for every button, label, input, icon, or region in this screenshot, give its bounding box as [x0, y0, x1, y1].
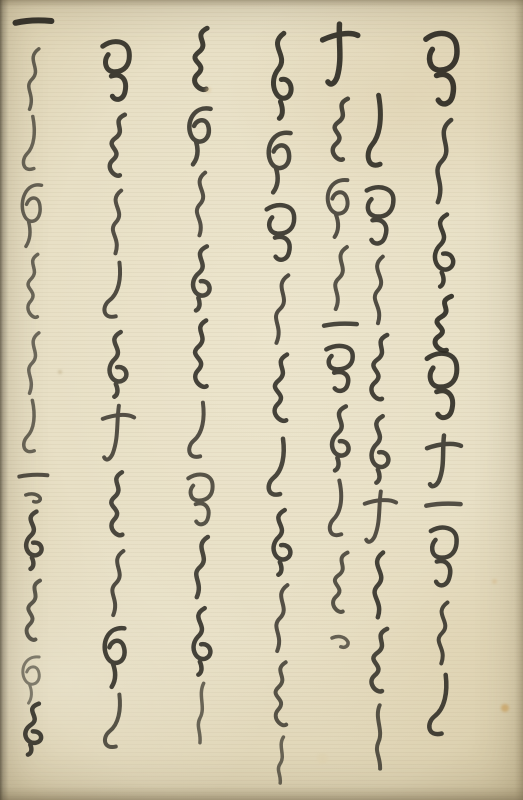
glyph-s — [196, 173, 208, 236]
glyph-desc — [198, 683, 204, 743]
glyph-cross — [101, 405, 134, 460]
glyph-r2 — [192, 608, 211, 675]
glyph-zig — [371, 334, 387, 399]
glyph-bar — [19, 475, 47, 477]
glyph-hook — [327, 480, 343, 535]
glyph-hook — [366, 95, 382, 165]
glyph-zig — [109, 472, 126, 535]
glyph-r2 — [272, 510, 291, 575]
glyph-zig — [273, 662, 289, 725]
glyph-r2 — [108, 332, 127, 397]
glyph-zig — [26, 580, 40, 640]
glyph-zig — [26, 254, 40, 317]
glyph-hook — [268, 438, 284, 495]
manuscript-photo — [0, 0, 523, 800]
glyph-hook — [21, 400, 36, 452]
glyph-cross — [427, 435, 461, 486]
text-column-6 — [363, 95, 396, 769]
glyph-bar — [324, 324, 357, 326]
text-column-5 — [322, 23, 360, 647]
glyph-r2 — [192, 246, 211, 311]
text-column-2 — [101, 41, 134, 747]
glyph-box — [427, 353, 460, 419]
glyph-desc — [278, 737, 283, 783]
glyph-s — [28, 333, 39, 394]
glyph-s — [111, 551, 123, 616]
glyph-r2 — [24, 703, 43, 755]
glyph-loop — [104, 628, 126, 687]
glyph-loop — [187, 108, 210, 166]
glyph-hook — [429, 674, 447, 734]
glyph-cross — [322, 23, 360, 84]
glyph-s — [373, 257, 387, 324]
glyph-box — [267, 205, 296, 260]
glyph-zig — [273, 355, 290, 422]
glyph-zig — [332, 98, 347, 160]
glyph-tick — [332, 637, 348, 648]
text-column-7-rightmost — [426, 32, 461, 734]
glyph-box — [429, 527, 457, 586]
glyph-s — [112, 191, 124, 254]
glyph-s — [275, 585, 287, 652]
glyph-zig — [333, 552, 348, 612]
text-columns-group — [16, 20, 461, 783]
glyph-cross — [363, 491, 396, 543]
glyph-loop — [327, 180, 349, 237]
glyph-zig — [193, 28, 210, 90]
glyph-bar — [426, 504, 460, 506]
text-column-4 — [267, 33, 296, 783]
glyph-box — [103, 41, 132, 100]
glyph-r2 — [271, 33, 293, 118]
glyph-hook — [22, 116, 36, 169]
glyph-r2 — [331, 406, 350, 471]
glyph-tick — [26, 494, 40, 502]
glyph-s — [275, 275, 289, 344]
text-column-1-leftmost — [16, 20, 52, 755]
glyph-zig — [109, 114, 124, 176]
glyph-s — [28, 49, 39, 110]
glyph-r2 — [25, 511, 42, 569]
glyph-hook — [105, 694, 121, 747]
glyph-zig — [192, 320, 209, 387]
glyph-s — [195, 536, 208, 597]
glyph-box — [426, 32, 461, 105]
glyph-hook — [104, 262, 121, 317]
calligraphy-layer — [0, 0, 523, 800]
glyph-s — [373, 553, 387, 618]
glyph-r2 — [370, 416, 389, 483]
glyph-loop — [22, 657, 40, 704]
glyph-s — [437, 602, 449, 663]
glyph-zig — [371, 628, 387, 691]
glyph-box — [188, 474, 214, 525]
glyph-hook — [189, 402, 204, 457]
glyph-s — [436, 119, 451, 202]
glyph-loop — [21, 184, 42, 246]
glyph-desc — [375, 705, 381, 768]
glyph-zig — [435, 296, 452, 351]
glyph-loop — [267, 132, 290, 193]
glyph-bar — [16, 20, 52, 22]
text-column-3 — [187, 28, 214, 743]
glyph-s — [334, 247, 347, 310]
glyph-box — [326, 345, 354, 391]
glyph-r2 — [433, 214, 454, 286]
glyph-box — [364, 187, 394, 245]
